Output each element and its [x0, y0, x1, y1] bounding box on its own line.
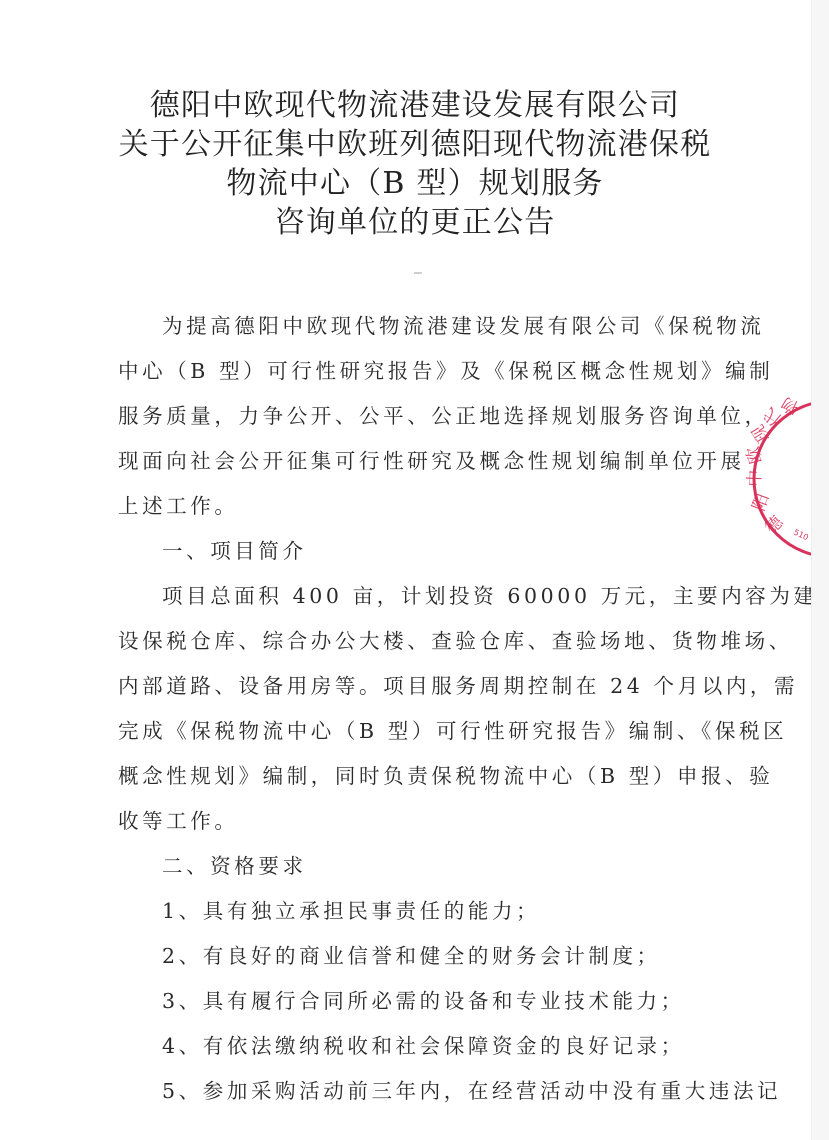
document-title: 德阳中欧现代物流港建设发展有限公司 关于公开征集中欧班列德阳现代物流港保税 物流… [0, 86, 829, 242]
requirement-item-3: 3、具有履行合同所必需的设备和专业技术能力； [118, 979, 718, 1024]
section-1-heading: 一、项目简介 [118, 529, 718, 574]
intro-line-2: 中心（B 型）可行性研究报告》及《保税区概念性规划》编制 [118, 349, 718, 394]
requirements-list: 1、具有独立承担民事责任的能力； 2、有良好的商业信誉和健全的财务会计制度； 3… [118, 889, 718, 1114]
requirement-item-4: 4、有依法缴纳税收和社会保障资金的良好记录； [118, 1024, 718, 1069]
page-edge [811, 0, 829, 1140]
requirement-item-2: 2、有良好的商业信誉和健全的财务会计制度； [118, 934, 718, 979]
section-1-line-1: 项目总面积 400 亩，计划投资 60000 万元，主要内容为建 [118, 574, 718, 619]
svg-text:阳: 阳 [749, 491, 774, 514]
intro-line-3: 服务质量，力争公开、公平、公正地选择规划服务咨询单位， [118, 394, 718, 439]
intro-line-5: 上述工作。 [118, 484, 718, 529]
intro-line-1: 为提高德阳中欧现代物流港建设发展有限公司《保税物流 [118, 304, 718, 349]
section-1-line-6: 收等工作。 [118, 799, 718, 844]
section-1-line-4: 完成《保税物流中心（B 型）可行性研究报告》编制、《保税区 [118, 709, 718, 754]
svg-text:德: 德 [761, 512, 788, 539]
section-1-line-3: 内部道路、设备用房等。项目服务周期控制在 24 个月以内，需 [118, 664, 718, 709]
scan-mark [414, 272, 422, 274]
intro-line-4: 现面向社会公开征集可行性研究及概念性规划编制单位开展 [118, 439, 718, 484]
document-body: 为提高德阳中欧现代物流港建设发展有限公司《保税物流 中心（B 型）可行性研究报告… [118, 304, 718, 1114]
title-line-3: 物流中心（B 型）规划服务 [0, 164, 829, 203]
requirement-item-5: 5、参加采购活动前三年内，在经营活动中没有重大违法记 [118, 1069, 718, 1114]
requirement-item-1: 1、具有独立承担民事责任的能力； [118, 889, 718, 934]
section-1-line-5: 概念性规划》编制，同时负责保税物流中心（B 型）申报、验 [118, 754, 718, 799]
svg-text:510: 510 [792, 528, 810, 543]
section-1-paragraph: 项目总面积 400 亩，计划投资 60000 万元，主要内容为建 设保税仓库、综… [118, 574, 718, 844]
document-page: 德阳中欧现代物流港建设发展有限公司 关于公开征集中欧班列德阳现代物流港保税 物流… [0, 0, 829, 1140]
intro-paragraph: 为提高德阳中欧现代物流港建设发展有限公司《保税物流 中心（B 型）可行性研究报告… [118, 304, 718, 529]
section-2-heading: 二、资格要求 [118, 844, 718, 889]
svg-text:中: 中 [745, 469, 766, 487]
title-line-1: 德阳中欧现代物流港建设发展有限公司 [0, 86, 829, 125]
svg-text:欧: 欧 [743, 444, 767, 466]
section-1-line-2: 设保税仓库、综合办公大楼、查验仓库、查验场地、货物堆场、 [118, 619, 718, 664]
title-line-2: 关于公开征集中欧班列德阳现代物流港保税 [0, 125, 829, 164]
title-line-4: 咨询单位的更正公告 [0, 203, 829, 242]
